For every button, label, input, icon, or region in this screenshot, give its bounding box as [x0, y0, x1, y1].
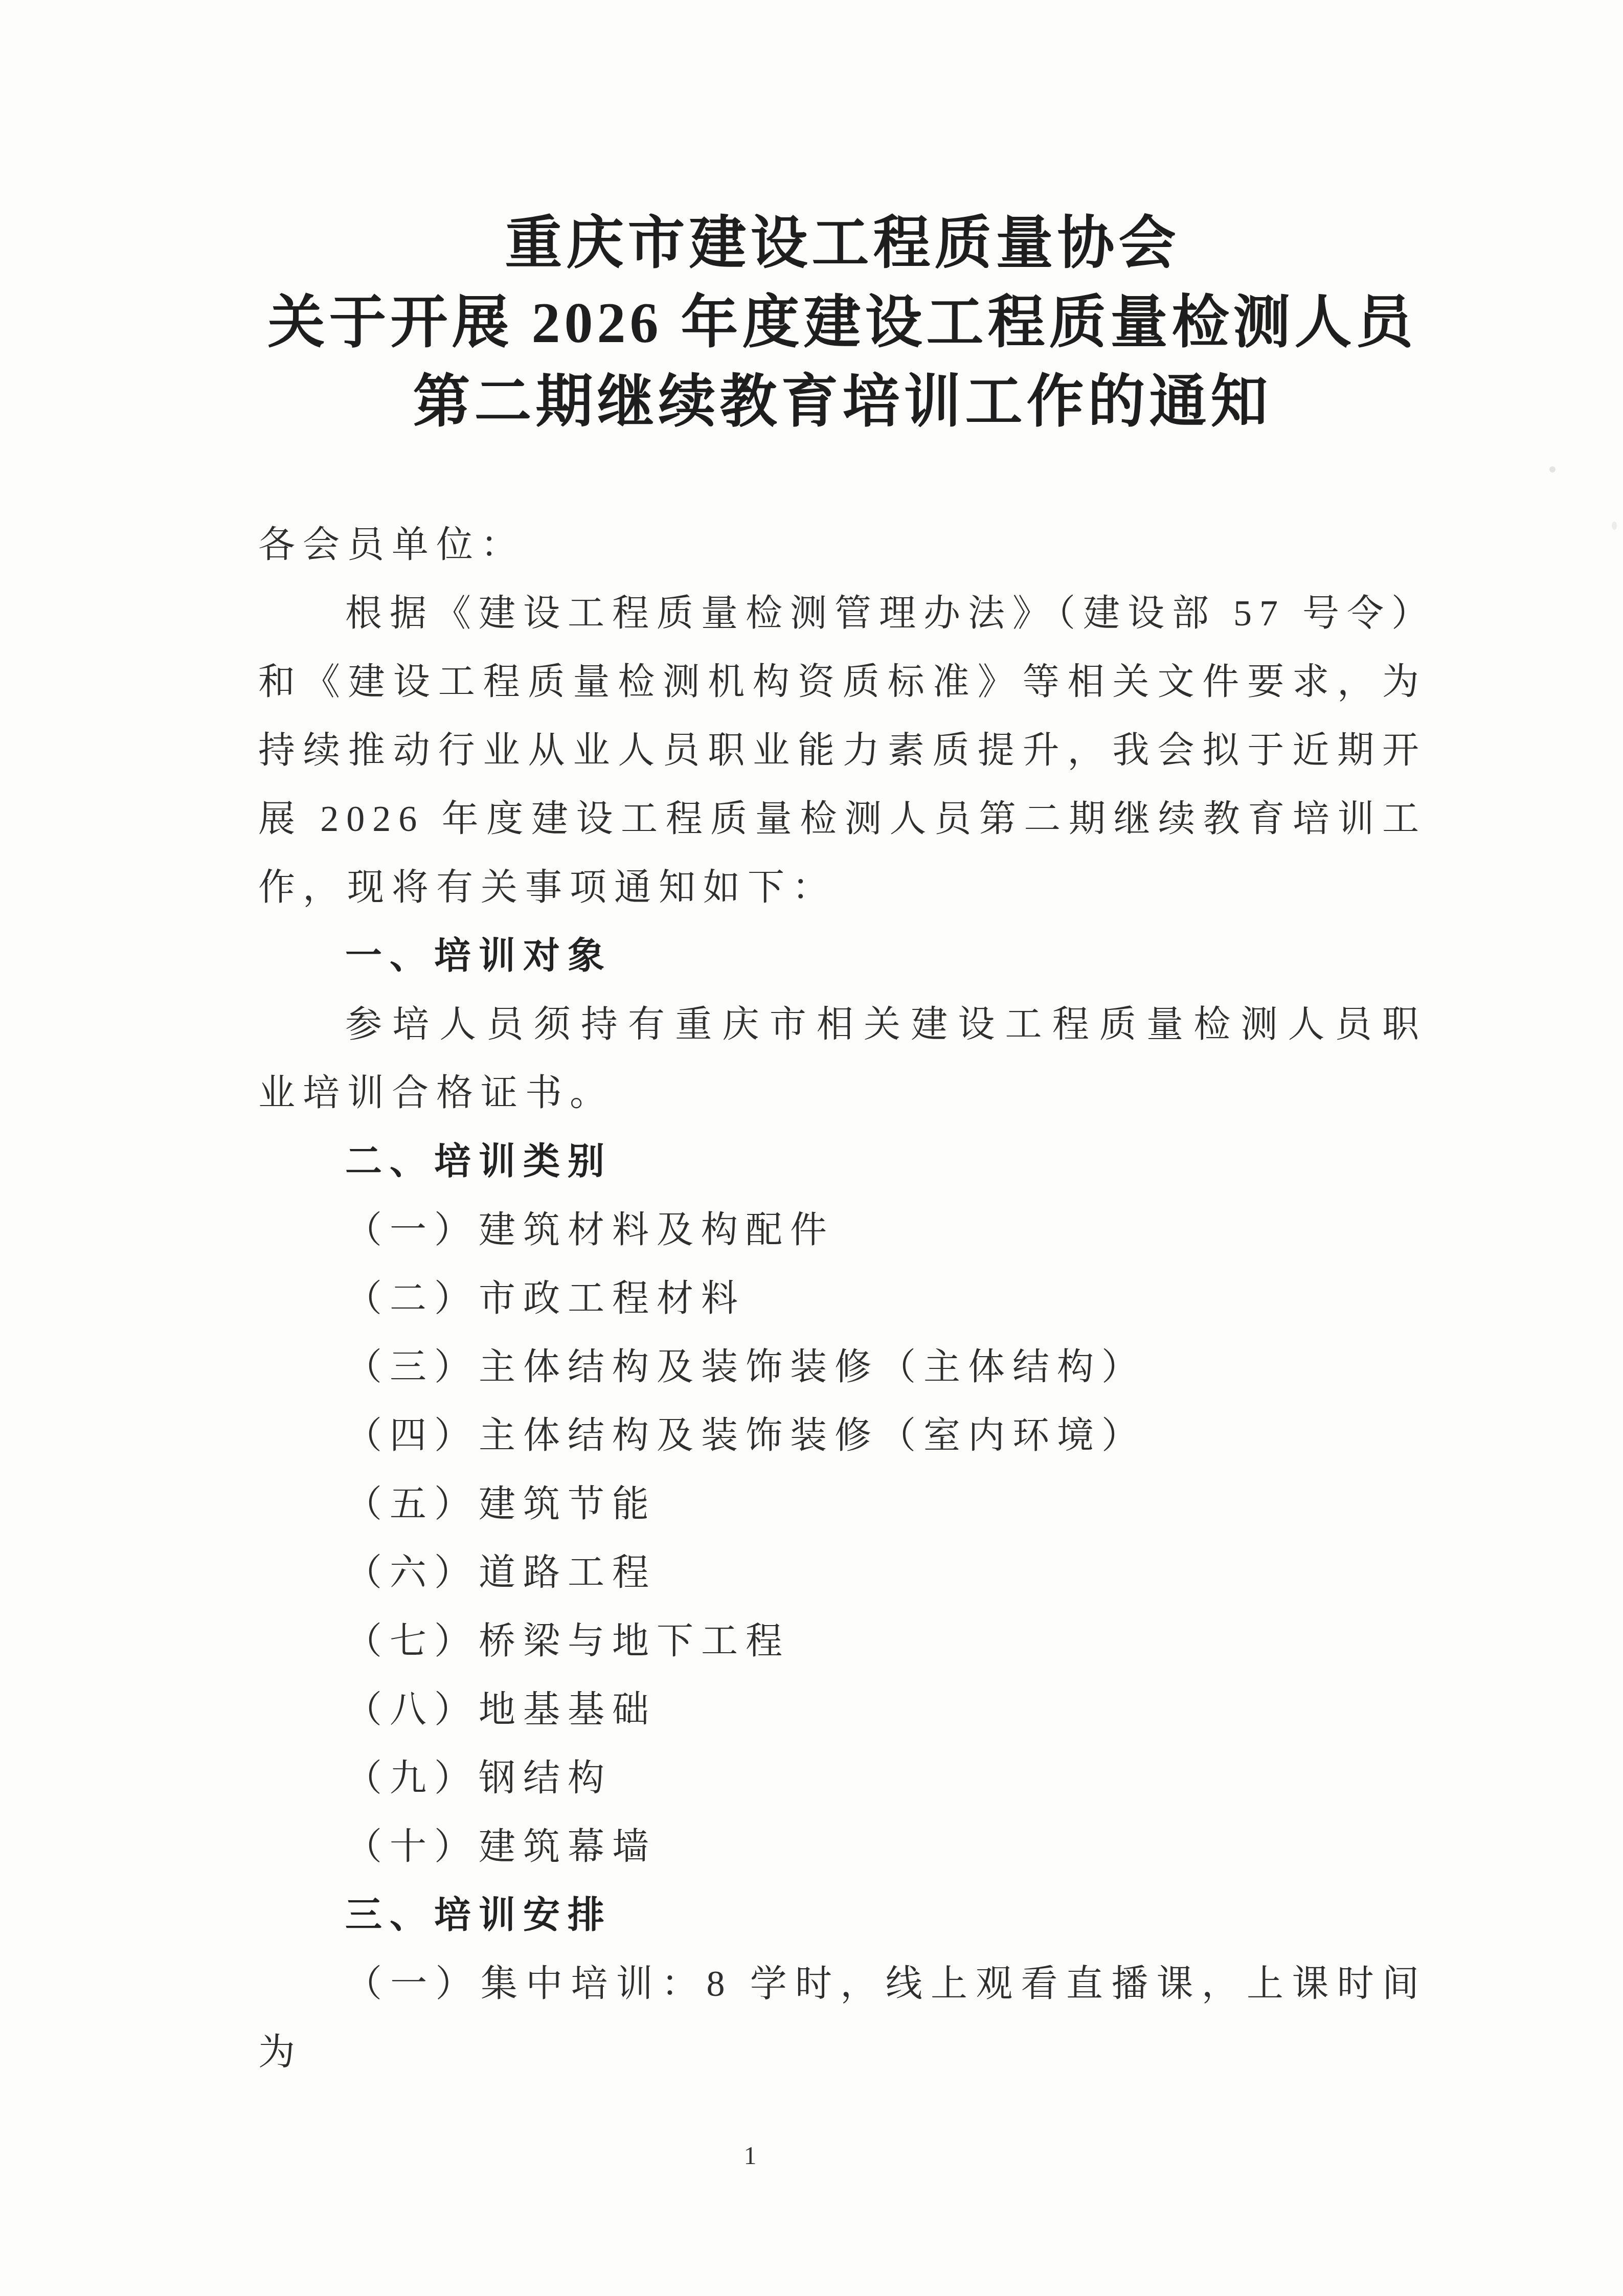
- body-line: 各会员单位：: [258, 510, 1427, 579]
- title-line-2: 关于开展 2026 年度建设工程质量检测人员: [258, 284, 1427, 363]
- document-body: 各会员单位：根据《建设工程质量检测管理办法》（建设部 57 号令）和《建设工程质…: [258, 510, 1427, 2018]
- title-line-1: 重庆市建设工程质量协会: [258, 205, 1427, 284]
- body-line: （四）主体结构及装饰装修（室内环境）: [258, 1401, 1427, 1470]
- page-content: 重庆市建设工程质量协会 关于开展 2026 年度建设工程质量检测人员 第二期继续…: [258, 205, 1427, 2018]
- body-line: （一）建筑材料及构配件: [258, 1196, 1427, 1264]
- body-line: （六）道路工程: [258, 1538, 1427, 1607]
- body-line: （二）市政工程材料: [258, 1264, 1427, 1333]
- title-line-3: 第二期继续教育培训工作的通知: [258, 363, 1427, 442]
- body-line: （十）建筑幕墙: [258, 1812, 1427, 1881]
- body-line: 根据《建设工程质量检测管理办法》（建设部 57 号令）: [258, 579, 1427, 647]
- section-heading: 三、培训安排: [258, 1881, 1427, 1949]
- document-title: 重庆市建设工程质量协会 关于开展 2026 年度建设工程质量检测人员 第二期继续…: [258, 205, 1427, 442]
- body-line: 展 2026 年度建设工程质量检测人员第二期继续教育培训工: [258, 784, 1427, 853]
- body-line: 参培人员须持有重庆市相关建设工程质量检测人员职: [258, 990, 1427, 1059]
- body-line: 持续推动行业从业人员职业能力素质提升，我会拟于近期开: [258, 716, 1427, 784]
- section-heading: 二、培训类别: [258, 1127, 1427, 1196]
- body-line: 业培训合格证书。: [258, 1059, 1427, 1127]
- body-line: （八）地基基础: [258, 1675, 1427, 1744]
- body-line: （三）主体结构及装饰装修（主体结构）: [258, 1333, 1427, 1401]
- page-number: 1: [0, 2141, 1500, 2170]
- body-line: 和《建设工程质量检测机构资质标准》等相关文件要求，为: [258, 647, 1427, 716]
- body-line: （一）集中培训：8 学时，线上观看直播课，上课时间为: [258, 1949, 1427, 2018]
- document-page: 重庆市建设工程质量协会 关于开展 2026 年度建设工程质量检测人员 第二期继续…: [0, 0, 1623, 2296]
- body-line: （五）建筑节能: [258, 1470, 1427, 1538]
- body-line: （七）桥梁与地下工程: [258, 1607, 1427, 1675]
- section-heading: 一、培训对象: [258, 921, 1427, 990]
- body-line: （九）钢结构: [258, 1744, 1427, 1812]
- body-line: 作，现将有关事项通知如下：: [258, 853, 1427, 921]
- scan-speck: [1549, 466, 1556, 472]
- scan-speck: [1612, 522, 1617, 530]
